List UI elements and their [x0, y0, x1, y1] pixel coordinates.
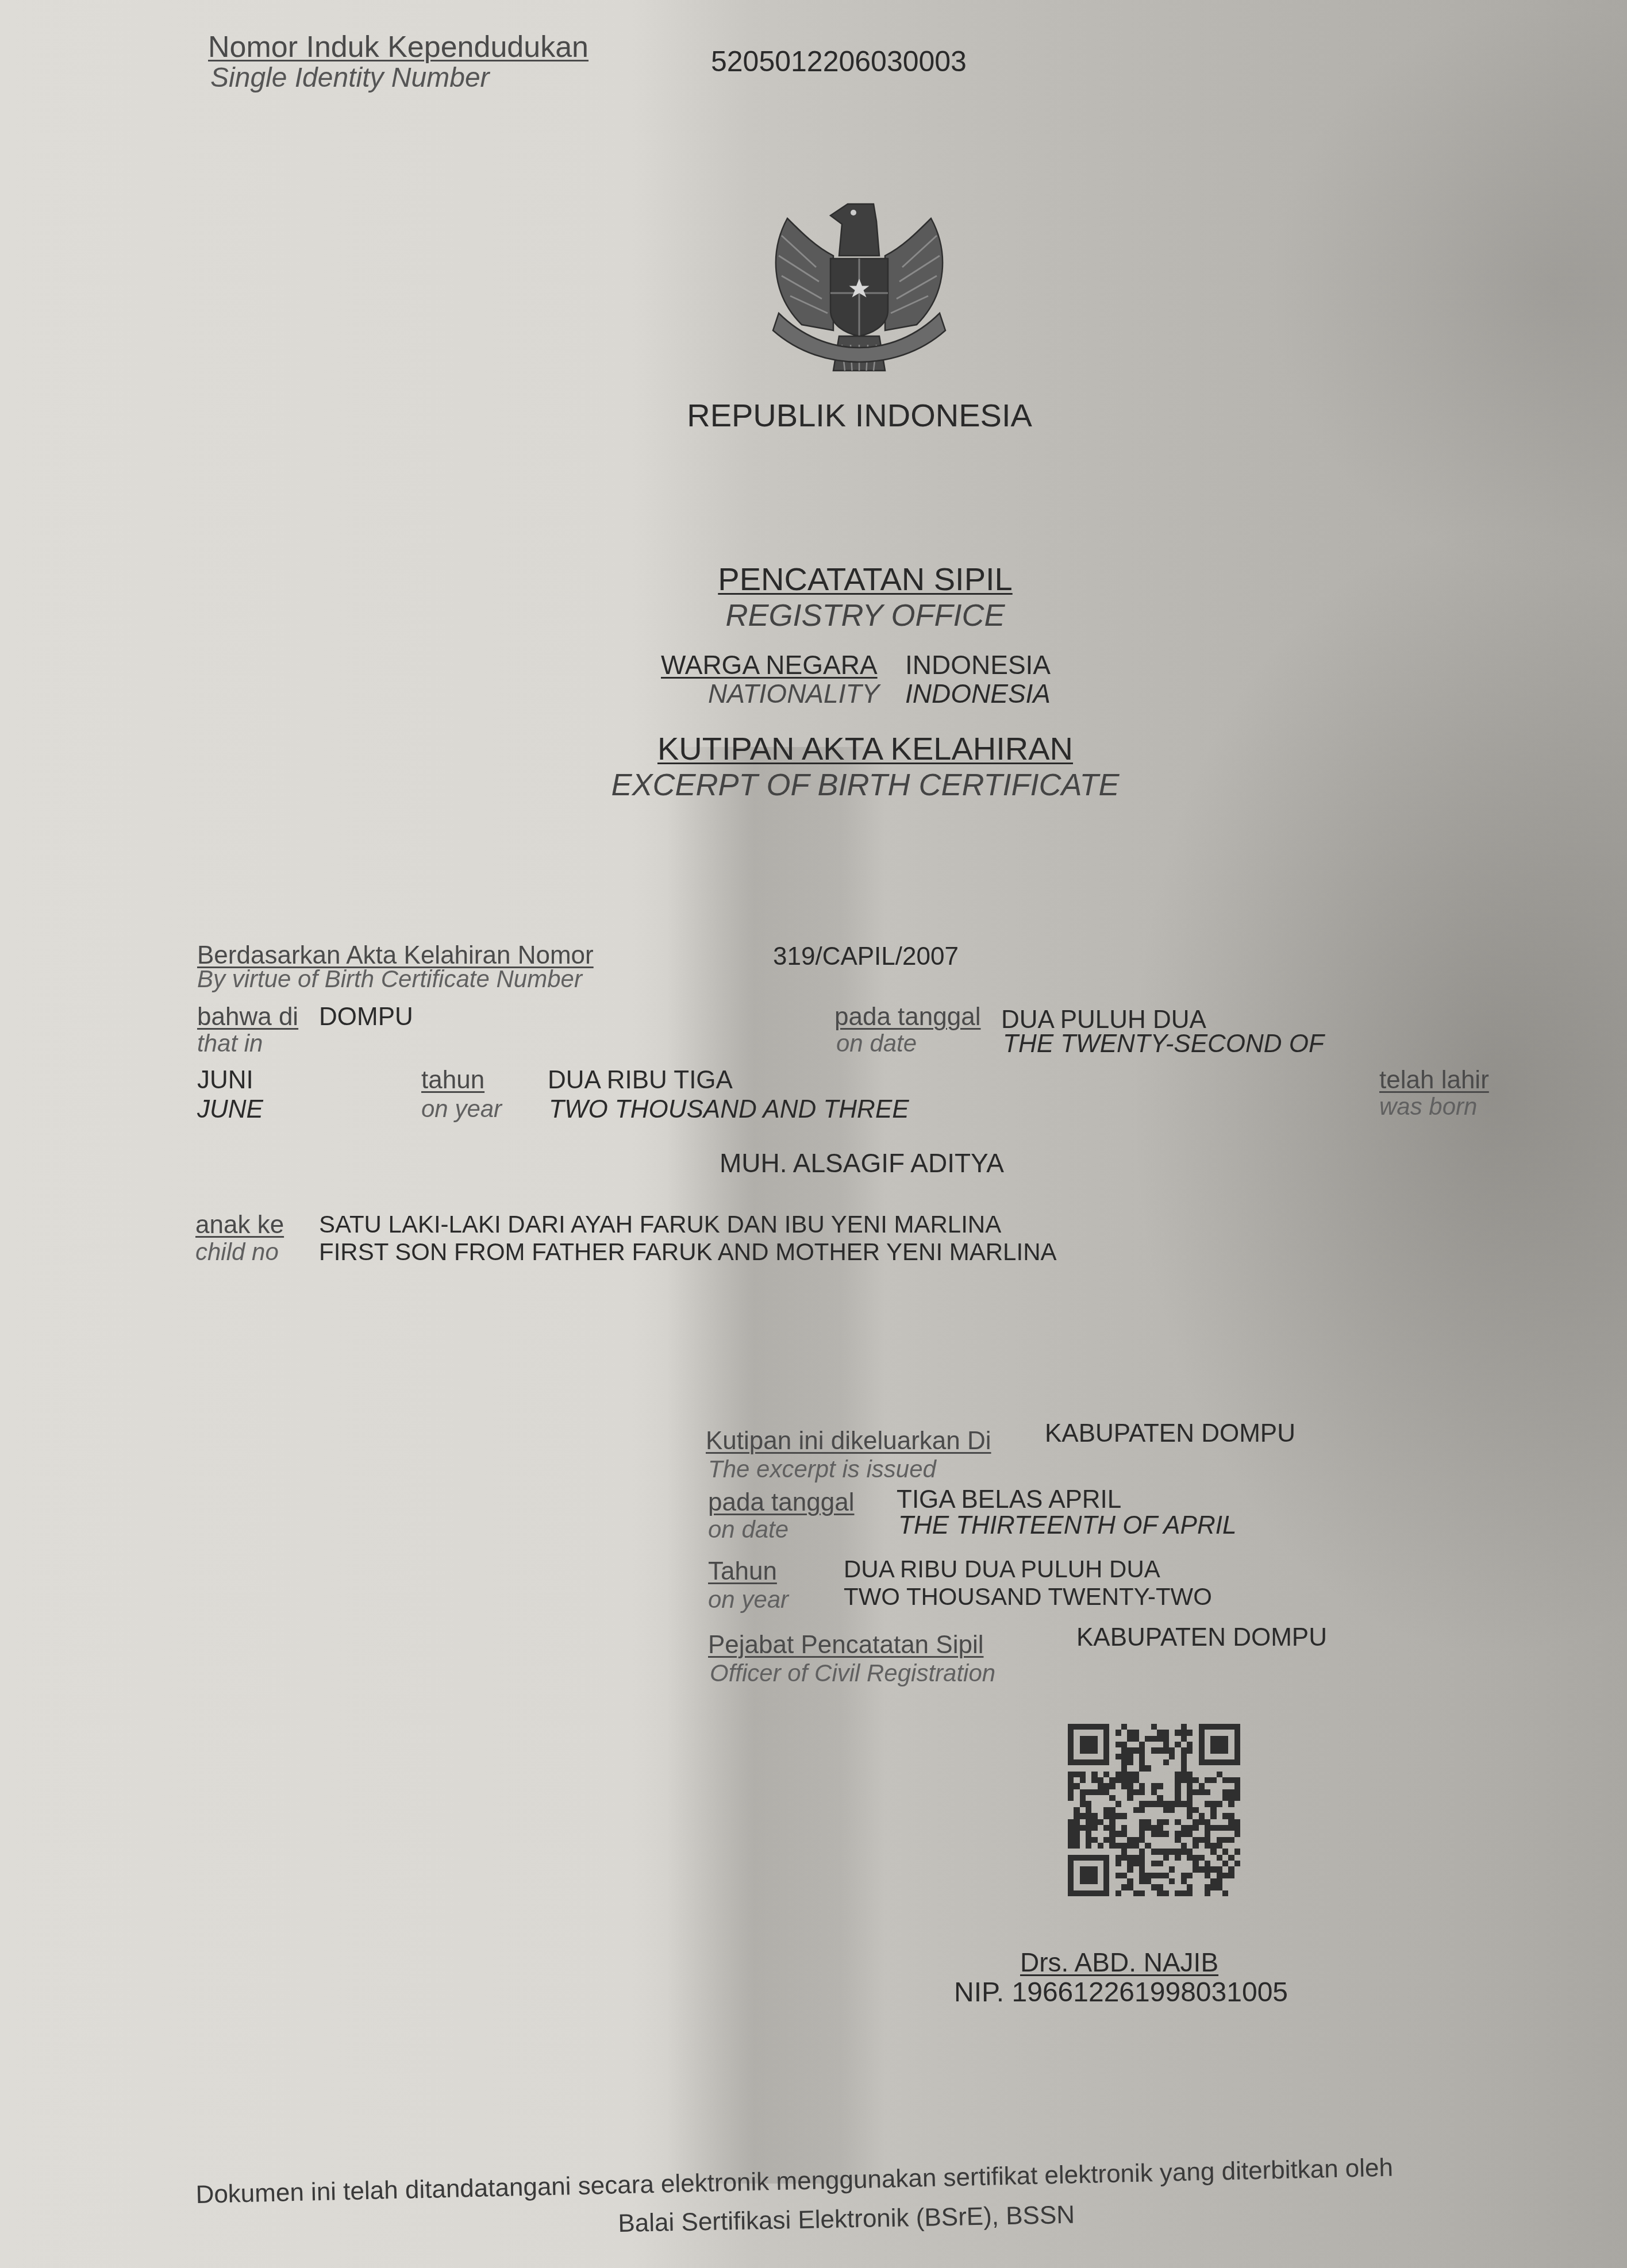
child-name: MUH. ALSAGIF ADITYA [720, 1148, 1004, 1179]
qr-code-icon[interactable] [1068, 1724, 1240, 1896]
issued-year-label-en: on year [708, 1586, 789, 1614]
issued-place-value: KABUPATEN DOMPU [1045, 1419, 1295, 1448]
nationality-value: INDONESIA [905, 649, 1051, 680]
officer-label-en: Officer of Civil Registration [710, 1659, 995, 1687]
birth-date-label-en: on date [836, 1030, 917, 1057]
birth-year-value-en: TWO THOUSAND AND THREE [549, 1095, 909, 1124]
garuda-emblem-icon [759, 192, 960, 388]
office-label-en: REGISTRY OFFICE [0, 598, 1627, 633]
child-order-value: SATU LAKI-LAKI DARI AYAH FARUK DAN IBU Y… [319, 1211, 1001, 1238]
was-born-label: telah lahir [1379, 1066, 1489, 1095]
birth-month-value-en: JUNE [197, 1095, 263, 1124]
certificate-number-value: 319/CAPIL/2007 [773, 942, 959, 971]
birth-date-label: pada tanggal [834, 1003, 980, 1031]
birth-place-label: bahwa di [197, 1003, 298, 1031]
issued-place-label: Kutipan ini dikeluarkan Di [706, 1427, 991, 1455]
issued-date-label: pada tanggal [708, 1488, 854, 1517]
birth-year-label-en: on year [421, 1095, 502, 1123]
officer-value: KABUPATEN DOMPU [1076, 1623, 1327, 1652]
issued-year-value: DUA RIBU DUA PULUH DUA [844, 1555, 1160, 1583]
birth-date-value-en: THE TWENTY-SECOND OF [1003, 1030, 1324, 1058]
birth-year-label: tahun [421, 1066, 484, 1095]
issued-place-label-en: The excerpt is issued [708, 1455, 936, 1483]
nationality-label: WARGA NEGARA [661, 649, 878, 680]
document-title: KUTIPAN AKTA KELAHIRAN [0, 730, 1627, 767]
issued-date-value: TIGA BELAS APRIL [897, 1485, 1121, 1514]
child-order-label-en: child no [195, 1238, 279, 1266]
child-order-value-en: FIRST SON FROM FATHER FARUK AND MOTHER Y… [319, 1238, 1056, 1266]
nik-value: 5205012206030003 [711, 45, 967, 78]
signer-name: Drs. ABD. NAJIB [1020, 1947, 1218, 1978]
birth-place-value: DOMPU [319, 1003, 413, 1031]
nik-label-en: Single Identity Number [210, 62, 490, 94]
signer-nip: NIP. 196612261998031005 [954, 1977, 1288, 2008]
certificate-number-label-en: By virtue of Birth Certificate Number [197, 965, 582, 993]
footer-note-line2: Balai Sertifikasi Elektronik (BSrE), BSS… [618, 2201, 1075, 2238]
child-order-label: anak ke [195, 1211, 284, 1239]
country-title: REPUBLIK INDONESIA [0, 396, 1627, 434]
issued-year-label: Tahun [708, 1557, 777, 1586]
birth-place-label-en: that in [197, 1030, 263, 1057]
nationality-value-en: INDONESIA [905, 678, 1051, 709]
document-title-en: EXCERPT OF BIRTH CERTIFICATE [0, 767, 1627, 803]
nik-label: Nomor Induk Kependudukan [208, 30, 589, 64]
issued-date-label-en: on date [708, 1516, 789, 1543]
birth-month-value: JUNI [197, 1066, 253, 1095]
nationality-label-en: NATIONALITY [708, 678, 879, 709]
office-label: PENCATATAN SIPIL [0, 560, 1627, 598]
officer-label: Pejabat Pencatatan Sipil [708, 1631, 983, 1659]
was-born-label-en: was born [1379, 1093, 1477, 1120]
footer-note-line1: Dokumen ini telah ditandatangani secara … [195, 2154, 1394, 2209]
issued-date-value-en: THE THIRTEENTH OF APRIL [898, 1511, 1236, 1540]
issued-year-value-en: TWO THOUSAND TWENTY-TWO [844, 1583, 1212, 1611]
birth-year-value: DUA RIBU TIGA [548, 1066, 733, 1095]
